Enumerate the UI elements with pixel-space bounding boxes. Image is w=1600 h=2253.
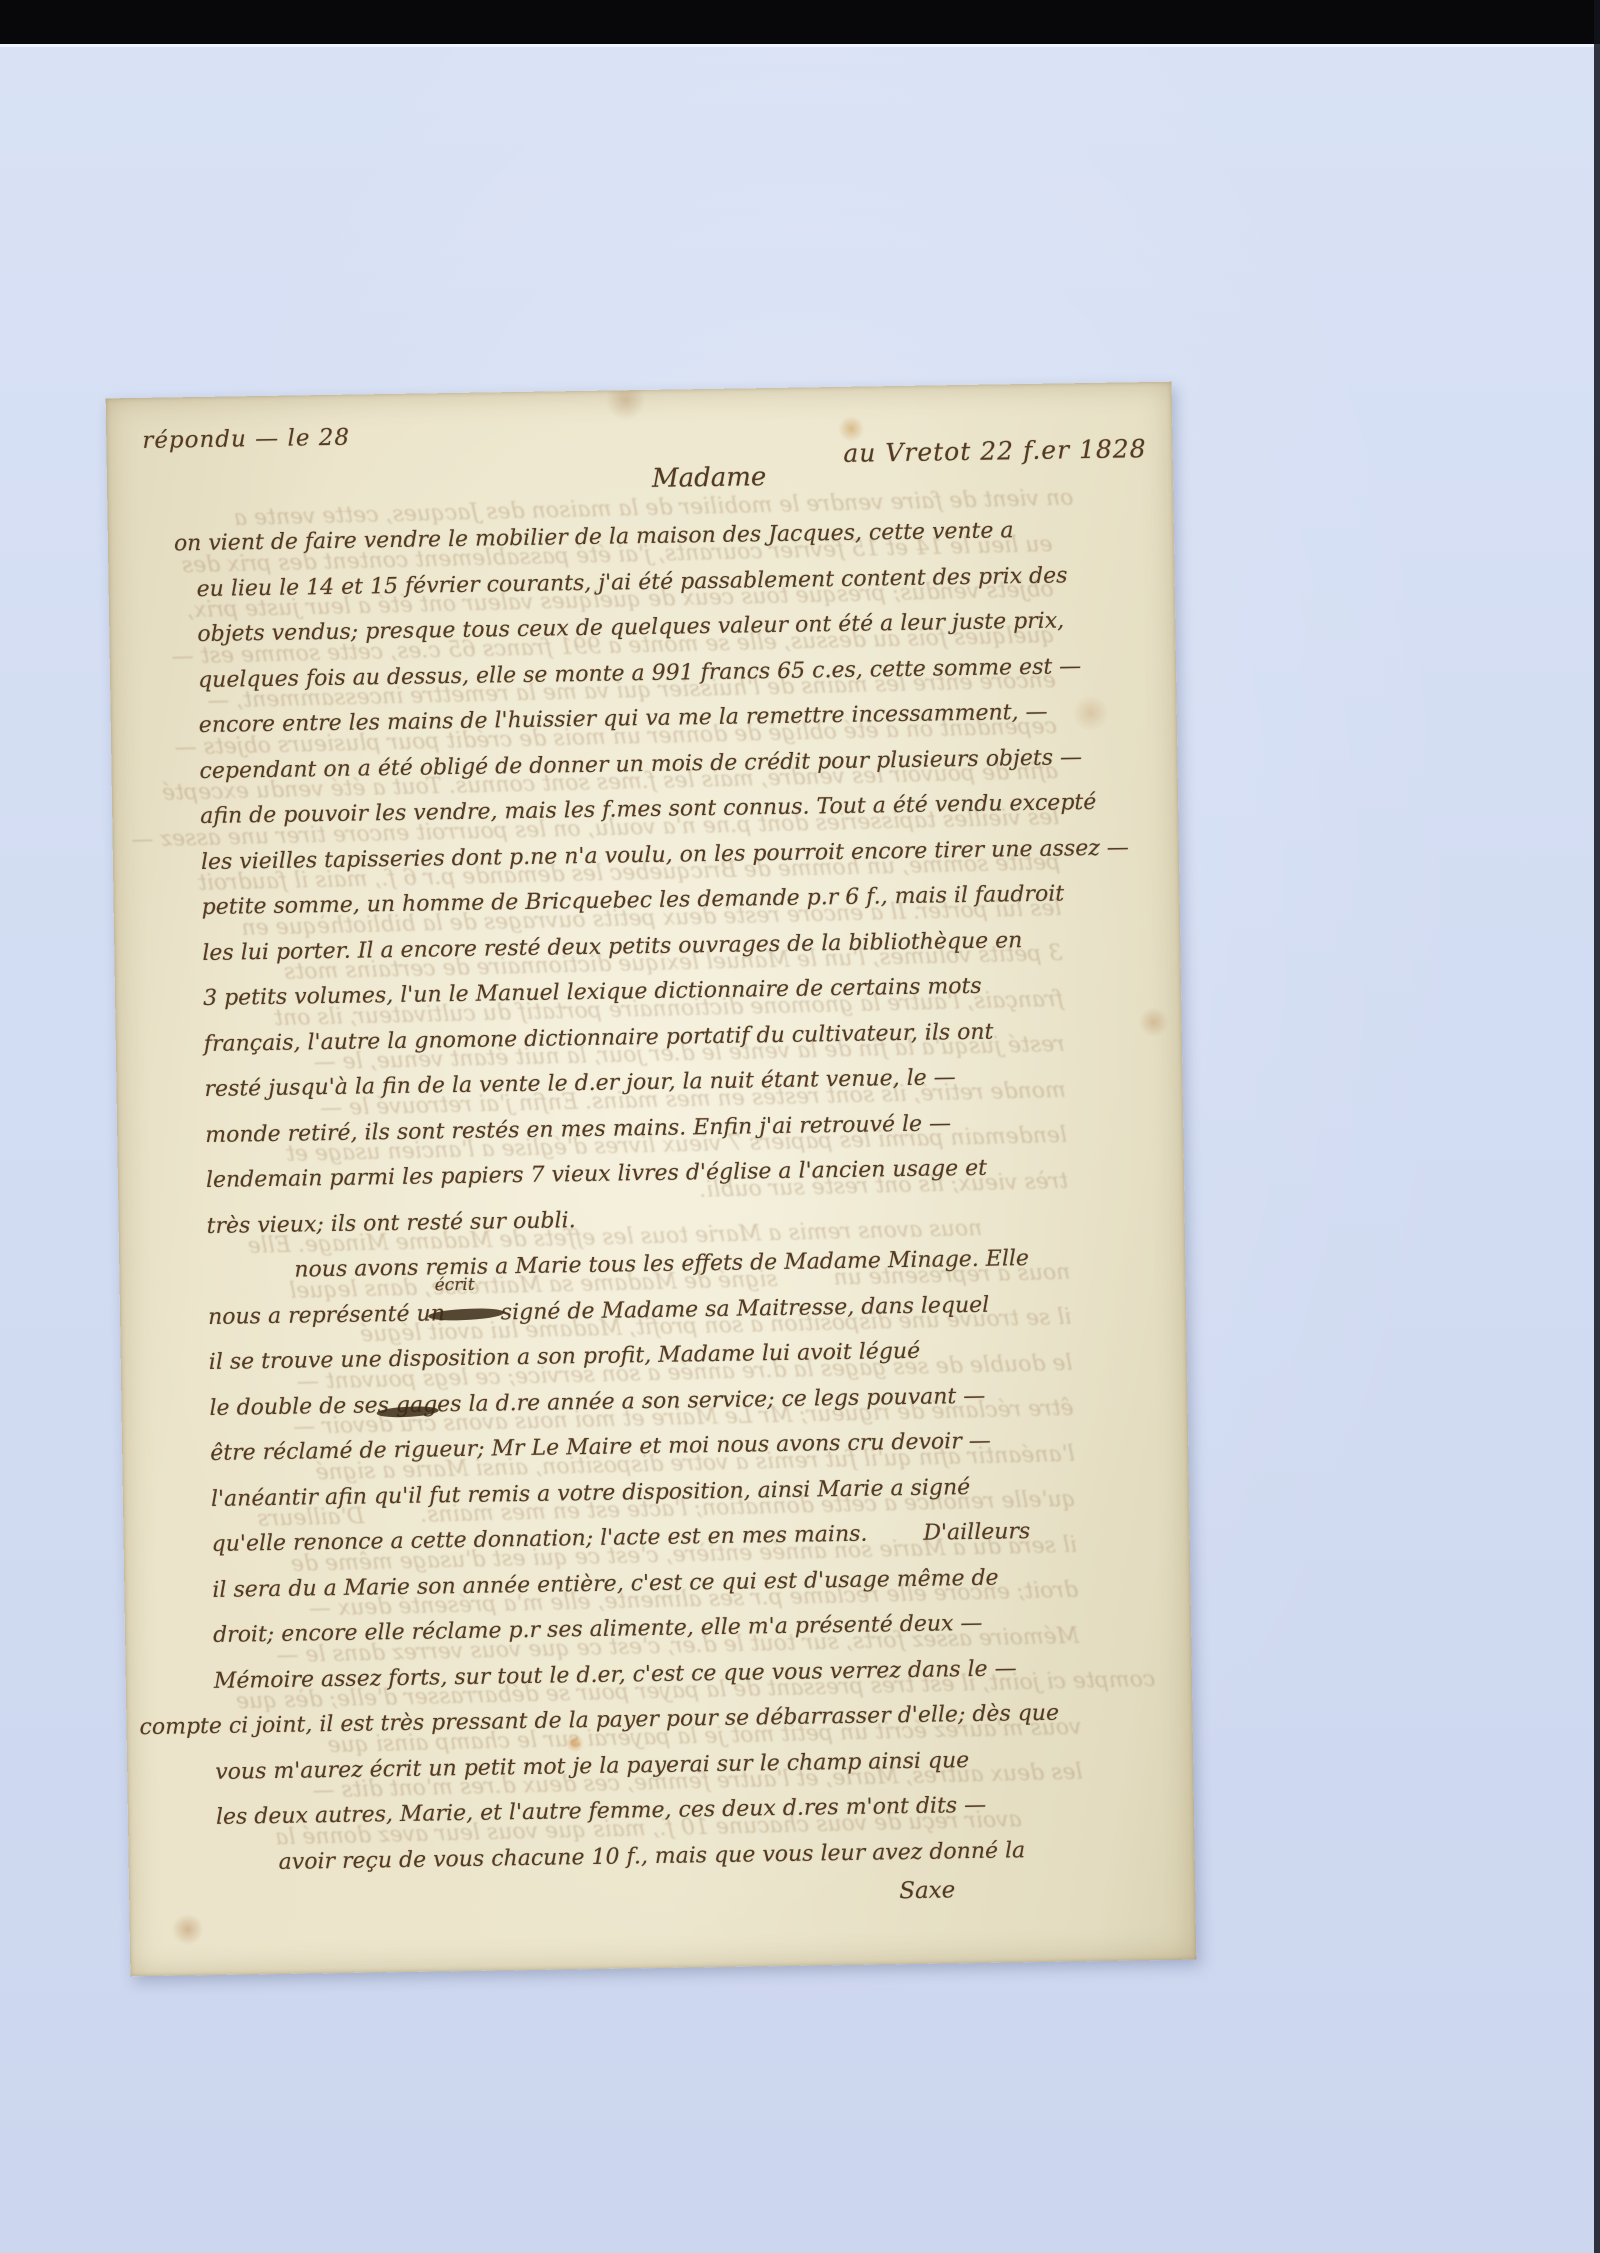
interline-insertion: écrit [434, 1275, 474, 1296]
catchword: Saxe [899, 1877, 955, 1904]
letter-paper: on vient de faire vendre le mobilier de … [106, 382, 1197, 1977]
salutation: Madame [652, 462, 767, 494]
photo-top-edge [0, 0, 1600, 47]
letter-body: on vient de faire vendre le mobilier de … [108, 506, 1195, 1888]
scanned-letter-photo: { "scene": { "background_color": "#d4def… [0, 0, 1600, 2253]
reply-annotation: répondu — le 28 [142, 425, 350, 454]
photo-right-edge [1594, 0, 1600, 2253]
